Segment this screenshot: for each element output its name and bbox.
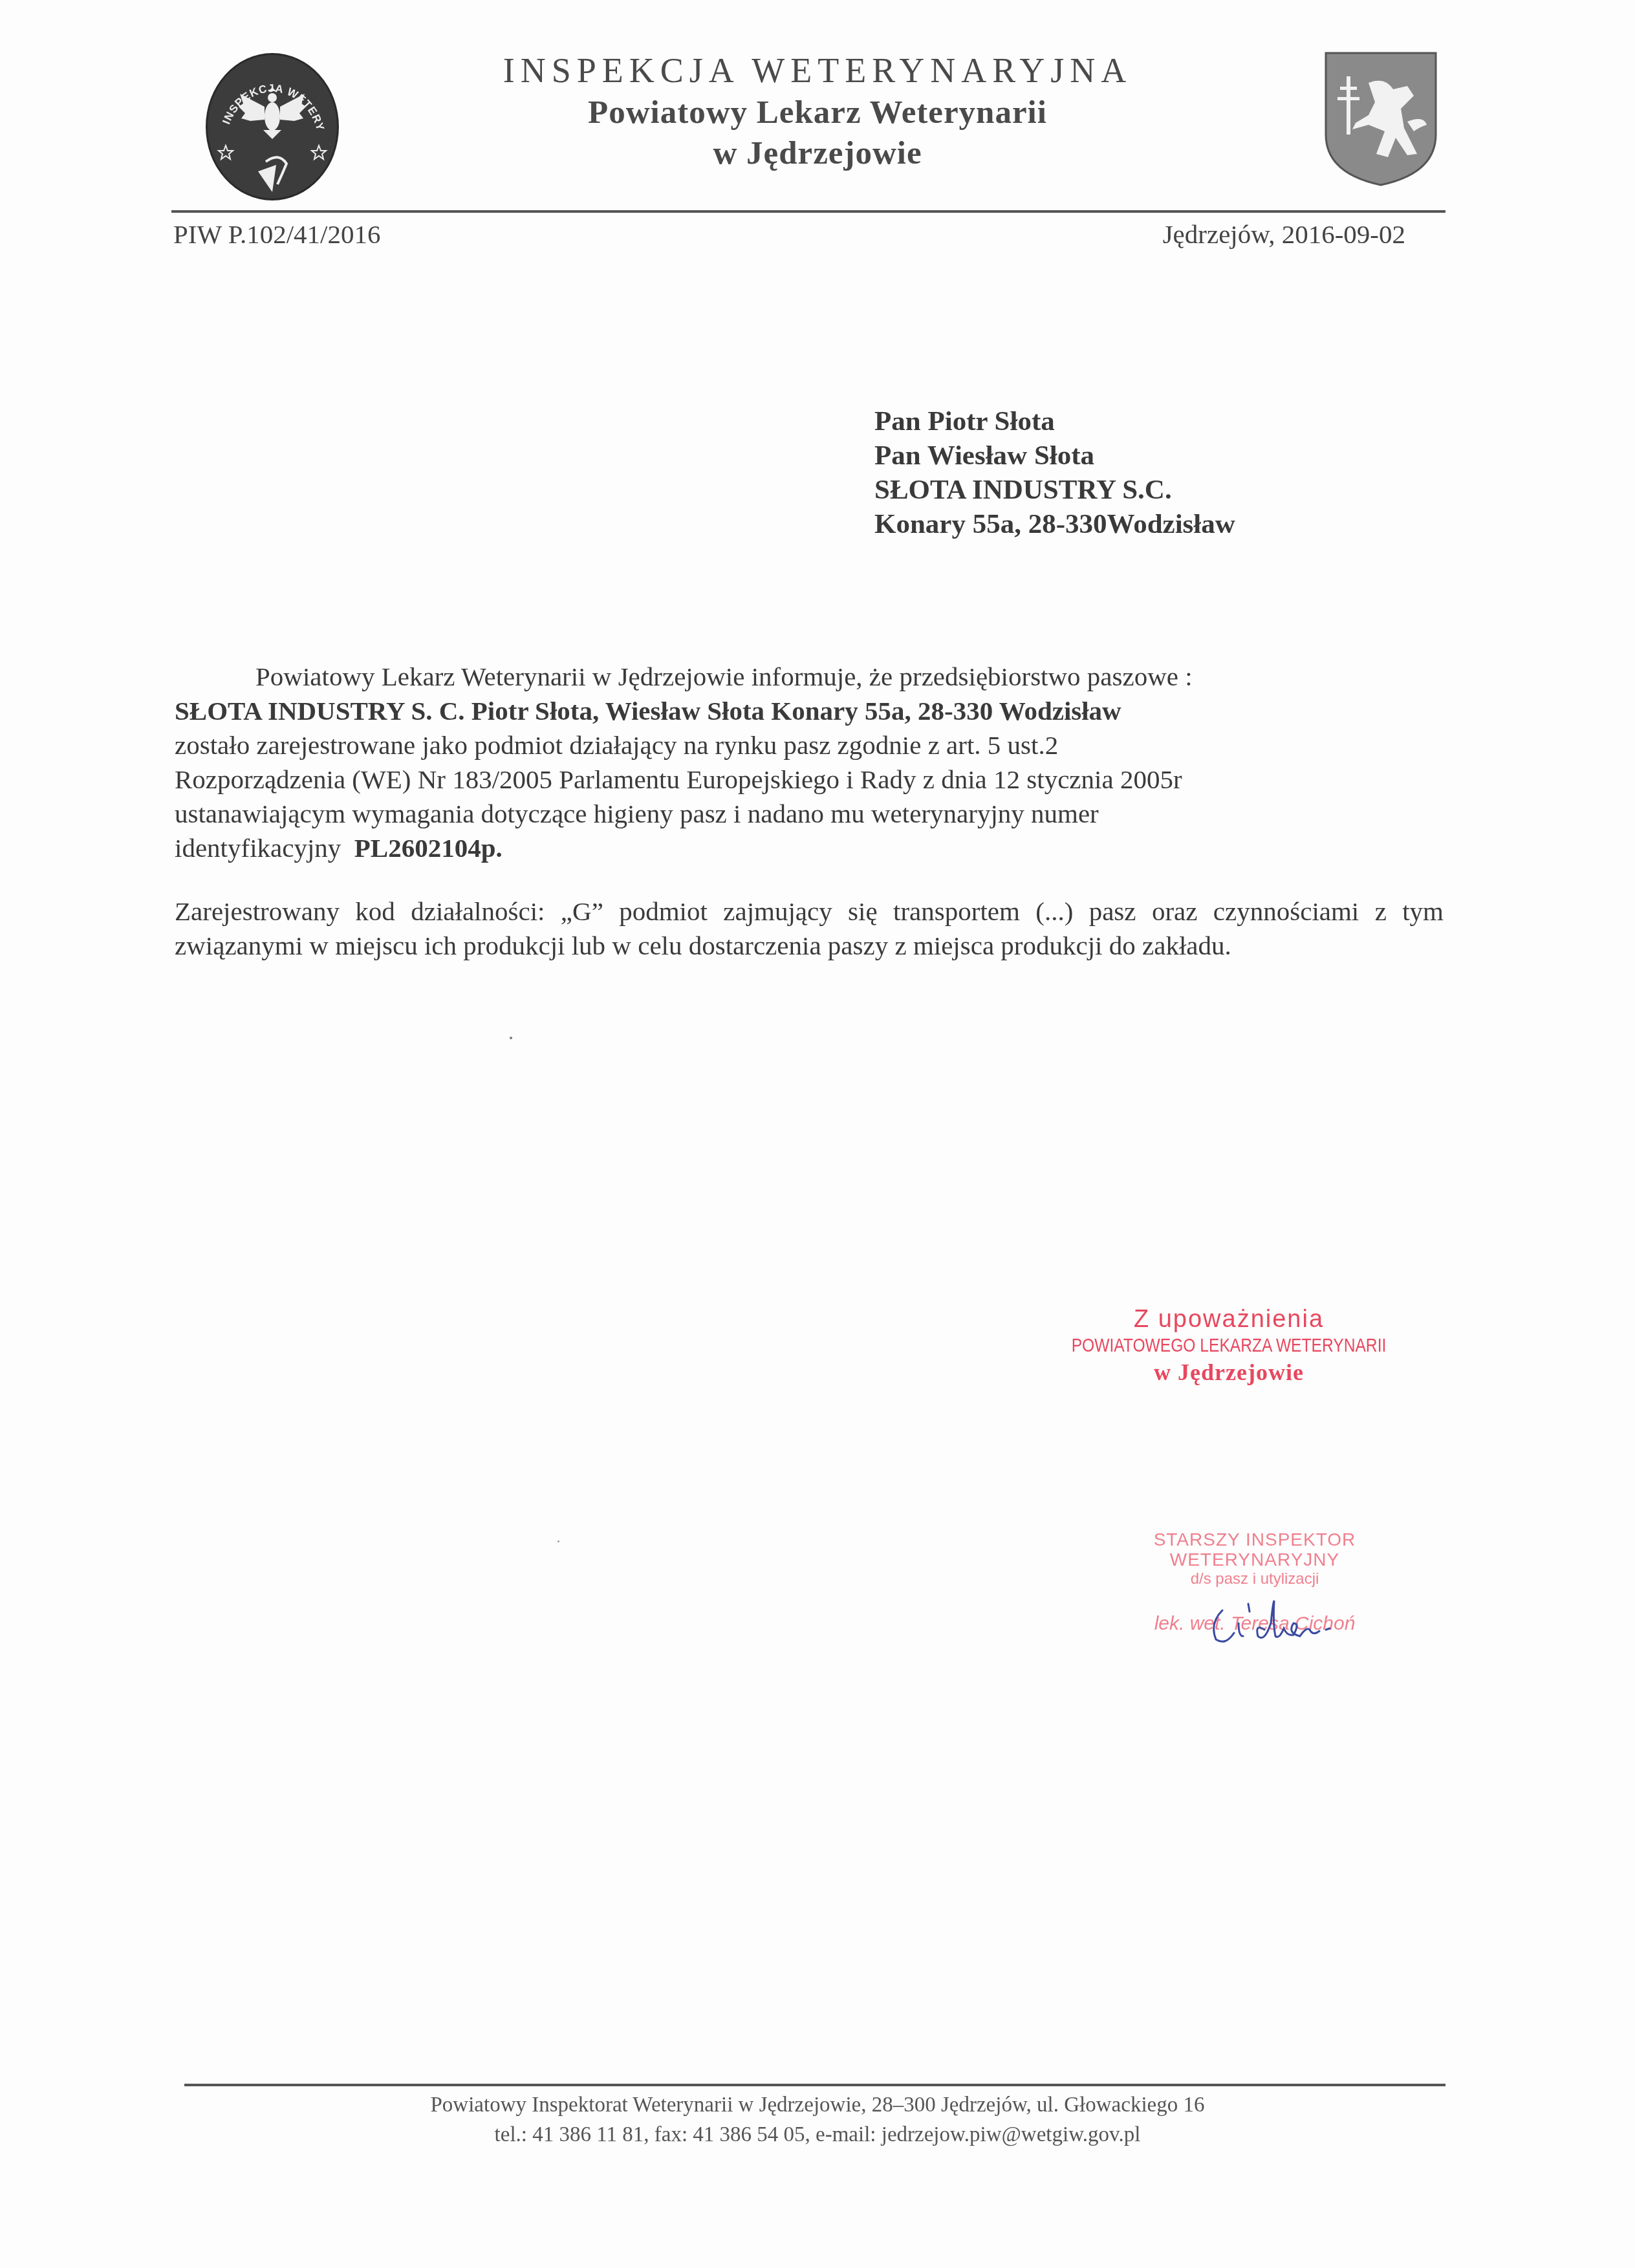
- company-line: SŁOTA INDUSTRY S. C. Piotr Słota, Wiesła…: [175, 694, 1444, 728]
- recipient-block: Pan Piotr Słota Pan Wiesław Słota SŁOTA …: [874, 404, 1235, 541]
- griffin-coat-of-arms-icon: [1323, 50, 1438, 188]
- body-line: ustanawiającym wymagania dotyczące higie…: [175, 797, 1444, 831]
- authorization-stamp: Z upoważnienia POWIATOWEGO LEKARZA WETER…: [1035, 1305, 1423, 1387]
- letter-body: Powiatowy Lekarz Weterynarii w Jędrzejow…: [175, 660, 1444, 963]
- stamp-line: w Jędrzejowie: [1035, 1358, 1423, 1387]
- recipient-line: Pan Wiesław Słota: [874, 438, 1235, 473]
- stamp-line: Z upoważnienia: [1035, 1305, 1423, 1334]
- stamp-line: d/s pasz i utylizacji: [1099, 1570, 1410, 1589]
- header-divider: [171, 210, 1446, 213]
- vet-number-label: identyfikacyjny: [175, 833, 354, 863]
- vet-number: PL2602104p.: [354, 833, 503, 863]
- scan-speck: [558, 1540, 559, 1542]
- signature-icon: [1203, 1597, 1371, 1649]
- body-line: zostało zarejestrowane jako podmiot dzia…: [175, 728, 1444, 762]
- stamp-line: STARSZY INSPEKTOR: [1099, 1529, 1410, 1550]
- recipient-line: SŁOTA INDUSTRY S.C.: [874, 473, 1235, 507]
- stamp-line: POWIATOWEGO LEKARZA WETERYNARII: [1070, 1334, 1388, 1358]
- handwritten-signature: [1203, 1597, 1371, 1649]
- footer-divider: [184, 2084, 1446, 2086]
- footer-contact: tel.: 41 386 11 81, fax: 41 386 54 05, e…: [0, 2120, 1635, 2150]
- stamp-line: WETERYNARYJNY: [1099, 1550, 1410, 1570]
- footer: Powiatowy Inspektorat Weterynarii w Jędr…: [0, 2090, 1635, 2150]
- recipient-line: Pan Piotr Słota: [874, 404, 1235, 438]
- body-line: Rozporządzenia (WE) Nr 183/2005 Parlamen…: [175, 762, 1444, 797]
- reference-number: PIW P.102/41/2016: [173, 219, 380, 250]
- footer-address: Powiatowy Inspektorat Weterynarii w Jędr…: [0, 2090, 1635, 2120]
- body-intro: Powiatowy Lekarz Weterynarii w Jędrzejow…: [175, 660, 1444, 694]
- body-line-vet-number: identyfikacyjny PL2602104p.: [175, 831, 1444, 865]
- recipient-line: Konary 55a, 28-330Wodzisław: [874, 507, 1235, 541]
- activity-code-paragraph: Zarejestrowany kod działalności: „G” pod…: [175, 894, 1444, 963]
- scan-speck: [510, 1037, 512, 1039]
- place-and-date: Jędrzejów, 2016-09-02: [1163, 219, 1405, 250]
